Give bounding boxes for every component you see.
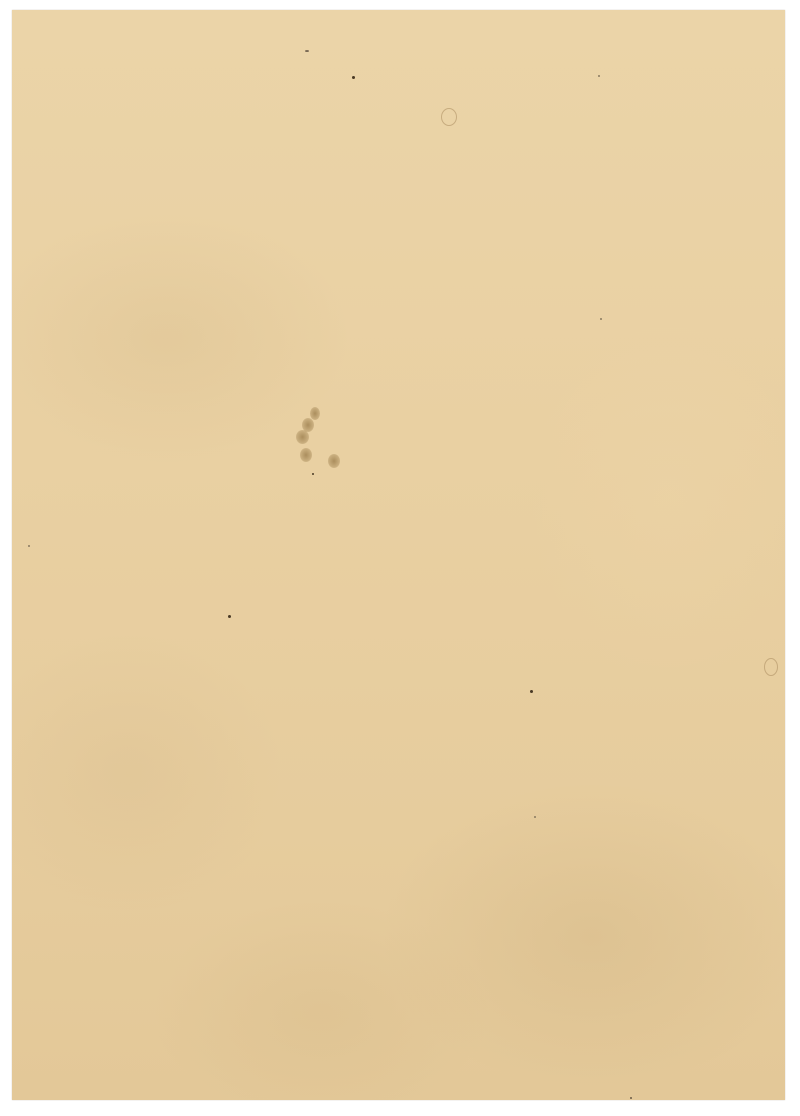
ring-mark <box>764 658 778 676</box>
speck-mark <box>600 318 602 320</box>
stain-mark <box>300 448 312 462</box>
speck-mark <box>305 50 309 52</box>
speck-mark <box>312 473 314 475</box>
speck-mark <box>228 615 231 618</box>
ring-mark <box>441 108 457 126</box>
paper-sheet <box>12 10 785 1100</box>
stain-mark <box>296 430 309 444</box>
stain-mark <box>328 454 340 468</box>
stain-mark <box>310 407 320 420</box>
speck-mark <box>534 816 536 818</box>
speck-mark <box>28 545 30 547</box>
speck-mark <box>352 76 355 79</box>
speck-mark <box>530 690 533 693</box>
speck-mark <box>598 75 600 77</box>
speck-mark <box>630 1097 632 1099</box>
